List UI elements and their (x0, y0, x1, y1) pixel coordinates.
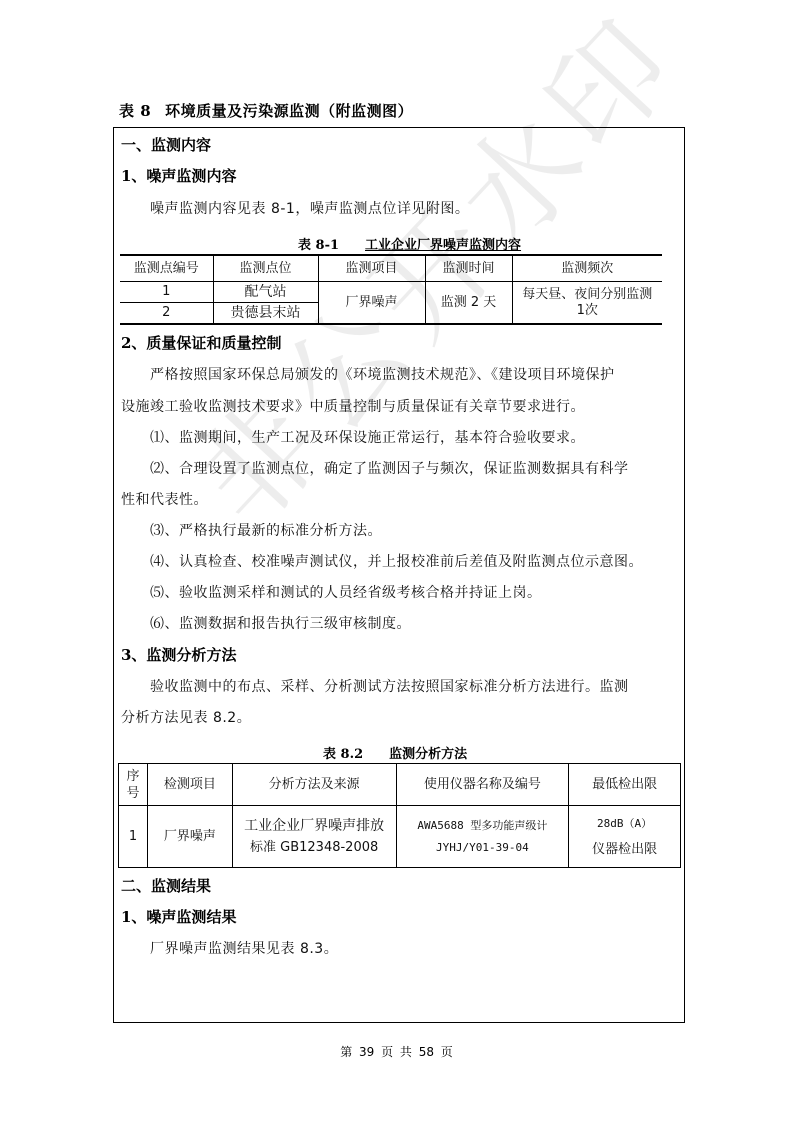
subheading-noise-results: 1、噪声监测结果 (121, 906, 236, 927)
qc-item-3: ⑶、严格执行最新的标准分析方法。 (150, 520, 382, 540)
paragraph-noise-content: 噪声监测内容见表 8-1，噪声监测点位详见附图。 (150, 198, 469, 218)
monitoring-time: 监测 2 天 (425, 282, 512, 325)
paragraph-qc-line1: 严格按照国家环保总局颁发的《环境监测技术规范》、《建设项目环境保护 (150, 364, 615, 384)
qc-item-6: ⑹、监测数据和报告执行三级审核制度。 (150, 613, 411, 633)
table-header-cell: 检测项目 (147, 764, 232, 806)
table2-caption: 表 8.2监测分析方法 (323, 743, 467, 762)
table-header-cell: 监测项目 (318, 255, 425, 282)
table-header-row: 监测点编号 监测点位 监测项目 监测时间 监测频次 (120, 255, 662, 282)
table-header-cell: 监测点位 (213, 255, 318, 282)
paragraph-qc-line2: 设施竣工验收监测技术要求》中质量控制与质量保证有关章节要求进行。 (121, 396, 585, 416)
qc-item-2: ⑵、合理设置了监测点位，确定了监测因子与频次，保证监测数据具有科学 (150, 458, 629, 478)
table-header-cell: 监测时间 (425, 255, 512, 282)
table-header-row: 序 号 检测项目 分析方法及来源 使用仪器名称及编号 最低检出限 (119, 764, 681, 806)
table2-caption-title: 监测分析方法 (389, 747, 467, 762)
table1-caption-num: 表 8-1 (298, 238, 339, 253)
method-line2: 标准 GB12348-2008 (233, 837, 396, 859)
table-analysis-methods: 序 号 检测项目 分析方法及来源 使用仪器名称及编号 最低检出限 1 厂界噪声 … (118, 763, 681, 868)
qc-item-2-cont: 性和代表性。 (121, 489, 208, 509)
paragraph-methods-line1: 验收监测中的布点、采样、分析测试方法按照国家标准分析方法进行。监测 (150, 676, 629, 696)
table-number: 表 8 (119, 102, 151, 120)
qc-item-1: ⑴、监测期间，生产工况及环保设施正常运行，基本符合验收要求。 (150, 427, 585, 447)
instrument-line2: JYHJ/Y01-39-04 (397, 837, 569, 859)
method-cell: 工业企业厂界噪声排放 标准 GB12348-2008 (232, 806, 396, 868)
limit-cell: 28dB（A） 仪器检出限 (569, 806, 681, 868)
table-header-cell: 最低检出限 (569, 764, 681, 806)
page-footer: 第 39 页 共 58 页 (0, 1043, 793, 1060)
subheading-quality-control: 2、质量保证和质量控制 (121, 332, 281, 353)
limit-line1: 28dB（A） (569, 813, 680, 835)
subheading-analysis-methods: 3、监测分析方法 (121, 644, 236, 665)
table-header-cell: 使用仪器名称及编号 (396, 764, 569, 806)
frequency-line2: 1次 (513, 303, 663, 319)
section-heading-monitoring-content: 一、监测内容 (121, 134, 211, 155)
point-id: 2 (120, 303, 213, 325)
table1-caption: 表 8-1工业企业厂界噪声监测内容 (298, 234, 521, 253)
item-cell: 厂界噪声 (147, 806, 232, 868)
table-header-cell: 序 号 (119, 764, 148, 806)
paragraph-noise-results: 厂界噪声监测结果见表 8.3。 (150, 938, 338, 958)
table2-caption-num: 表 8.2 (323, 747, 363, 762)
table-row: 1 配气站 厂界噪声 监测 2 天 每天昼、夜间分别监测 1次 (120, 282, 662, 303)
table-header-cell: 监测频次 (512, 255, 662, 282)
table-header-cell: 分析方法及来源 (232, 764, 396, 806)
monitoring-item: 厂界噪声 (318, 282, 425, 325)
header-seq-line2: 号 (119, 785, 147, 802)
seq-cell: 1 (119, 806, 148, 868)
table1-caption-title: 工业企业厂界噪声监测内容 (365, 238, 521, 253)
section-heading-monitoring-results: 二、监测结果 (121, 875, 211, 896)
monitoring-frequency: 每天昼、夜间分别监测 1次 (512, 282, 662, 325)
frequency-line1: 每天昼、夜间分别监测 (513, 287, 663, 303)
limit-line2: 仪器检出限 (569, 839, 680, 861)
method-line1: 工业企业厂界噪声排放 (233, 815, 396, 837)
qc-item-4: ⑷、认真检查、校准噪声测试仪，并上报校准前后差值及附监测点位示意图。 (150, 551, 643, 571)
table-row: 1 厂界噪声 工业企业厂界噪声排放 标准 GB12348-2008 AWA568… (119, 806, 681, 868)
instrument-line1: AWA5688 型多功能声级计 (397, 815, 569, 837)
qc-item-5: ⑸、验收监测采样和测试的人员经省级考核合格并持证上岗。 (150, 582, 542, 602)
point-location: 贵德县末站 (213, 303, 318, 325)
header-seq-line1: 序 (119, 768, 147, 785)
table-header-cell: 监测点编号 (120, 255, 213, 282)
point-id: 1 (120, 282, 213, 303)
instrument-cell: AWA5688 型多功能声级计 JYHJ/Y01-39-04 (396, 806, 569, 868)
page-title: 表 8环境质量及污染源监测（附监测图） (119, 100, 413, 121)
title-text: 环境质量及污染源监测（附监测图） (165, 102, 413, 120)
point-location: 配气站 (213, 282, 318, 303)
subheading-noise-content: 1、噪声监测内容 (121, 165, 236, 186)
table-noise-monitoring-content: 监测点编号 监测点位 监测项目 监测时间 监测频次 1 配气站 厂界噪声 监测 … (120, 254, 662, 325)
paragraph-methods-line2: 分析方法见表 8.2。 (121, 707, 251, 727)
